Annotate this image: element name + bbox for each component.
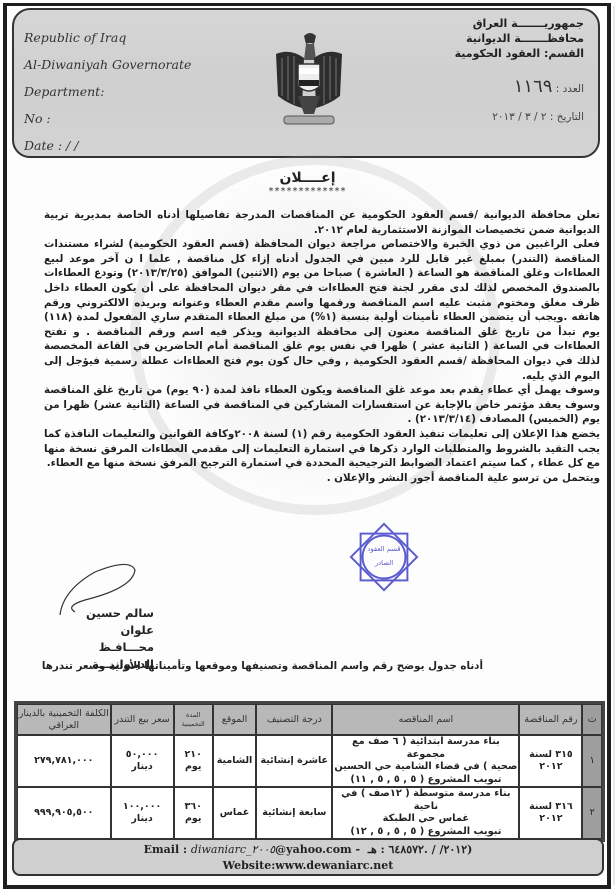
duration-unit: يوم — [175, 813, 212, 825]
signatory-name: سالم حسين علوان — [62, 605, 154, 639]
cell-index: ٢ — [582, 787, 602, 839]
header-tender-price: سعر بيع التندر — [111, 704, 174, 735]
tender-price-value: ٥٠,٠٠٠ — [112, 749, 173, 761]
paragraph-regulations: يخضع هذا الإعلان إلى تعليمات تنفيذ العقو… — [44, 427, 600, 471]
paragraph-intro: تعلن محافظة الديوانية /قسم العقود الحكوم… — [44, 208, 600, 237]
governorate-en: Al-Diwaniyah Governorate — [24, 51, 191, 78]
announcement-title: إعــــلان — [0, 170, 615, 186]
letterhead: Republic of Iraq Al-Diwaniyah Governorat… — [12, 8, 600, 158]
cell-location: الشامية — [213, 735, 256, 787]
cell-estimated-cost: ٩٩٩,٩٠٥,٥٠٠ — [17, 787, 111, 839]
paragraph-fees: ويتحمل من ترسو علية المناقصة أجور النشر … — [44, 471, 600, 486]
duration-value: ٢١٠ — [175, 749, 212, 761]
cell-duration: ٣٦٠ يوم — [174, 787, 213, 839]
phone-number: (٢٠١٢/ / .٦٤٨٥٧٢ : هـ — [368, 843, 473, 856]
cell-tender-number: ٣١٦ لسنة ٢٠١٢ — [519, 787, 582, 839]
iraq-eagle-emblem-icon — [270, 30, 348, 130]
table-row: ١ ٣١٥ لسنة ٢٠١٢ بناء مدرسة ابتدائية ( ٦ … — [17, 735, 602, 787]
document-date-label: التاريخ : — [550, 111, 584, 123]
title-divider-stars: ************* — [0, 186, 615, 197]
document-date-value: ٢ / ٣ / ٢٠١٣ — [492, 111, 546, 123]
cell-classification: عاشرة إنشائية — [256, 735, 332, 787]
number-label-en: No : — [24, 105, 191, 132]
country-en: Republic of Iraq — [24, 24, 191, 51]
header-location: الموقع — [213, 704, 256, 735]
cell-location: غماس — [213, 787, 256, 839]
document-date: التاريخ : ٢ / ٣ / ٢٠١٣ — [455, 103, 584, 131]
department-label-en: Department: — [24, 78, 191, 105]
svg-text:الصادر: الصادر — [374, 559, 393, 567]
cell-tender-price: ١٠٠,٠٠٠ دينار — [111, 787, 174, 839]
duration-unit: يوم — [175, 761, 212, 773]
tender-price-value: ١٠٠,٠٠٠ — [112, 801, 173, 813]
cell-tender-number: ٣١٥ لسنة ٢٠١٢ — [519, 735, 582, 787]
reference-number: العدد : ١١٦٩ — [455, 73, 584, 103]
cell-tender-name: بناء مدرسة ابتدائية ( ٦ صف مع مجموعة صحي… — [332, 735, 519, 787]
header-index: ت — [582, 704, 602, 735]
date-label-en: Date : / / — [24, 132, 191, 159]
table-caption: أدناه جدول يوضح رقم واسم المناقصة وتصنيف… — [42, 660, 483, 672]
governorate-ar: محافظـــــــة الديوانية — [455, 31, 584, 46]
duration-value: ٣٦٠ — [175, 801, 212, 813]
header-duration: المدة التخمينية — [174, 704, 213, 735]
tender-code-line: تبويب المشروع ( ٥ , ٥ , ٥ , ١٢) — [333, 826, 518, 839]
cell-index: ١ — [582, 735, 602, 787]
tender-price-unit: دينار — [112, 813, 173, 825]
cell-tender-price: ٥٠,٠٠٠ دينار — [111, 735, 174, 787]
svg-text:قسم العقود: قسم العقود — [367, 545, 400, 553]
official-stamp-icon: قسم العقود الصادر — [345, 518, 423, 596]
announcement-body: تعلن محافظة الديوانية /قسم العقود الحكوم… — [44, 208, 600, 485]
email-user: diwaniarc_٢٠٠٥ — [191, 843, 275, 856]
header-classification: درجة التصنيف — [256, 704, 332, 735]
reference-number-value: ١١٦٩ — [514, 76, 553, 97]
email-domain: @yahoo.com - — [275, 843, 360, 856]
letterhead-arabic: جمهوريـــــــة العراق محافظـــــــة الدي… — [455, 16, 584, 131]
tender-price-unit: دينار — [112, 761, 173, 773]
header-estimated-cost: الكلفة التخمينية بالدينار العراقي — [17, 704, 111, 735]
tender-code-line: تبويب المشروع ( ٥ , ٥ , ٥ , ١١) — [333, 774, 518, 787]
tender-name-line: صحية ) في قضاء الشامية حي الحسين — [333, 761, 518, 774]
cell-tender-name: بناء مدرسة متوسطة ( ١٢صف ) في ناحية غماس… — [332, 787, 519, 839]
tender-name-line: بناء مدرسة متوسطة ( ١٢صف ) في ناحية — [333, 788, 518, 813]
contact-footer: Email : diwaniarc_٢٠٠٥@yahoo.com - (٢٠١٢… — [12, 838, 604, 876]
cell-estimated-cost: ٢٧٩,٧٨١,٠٠٠ — [17, 735, 111, 787]
reference-number-label: العدد : — [556, 83, 584, 95]
paragraph-validity: وسوف يهمل أي عطاء يقدم بعد موعد غلق المن… — [44, 383, 600, 427]
letterhead-english: Republic of Iraq Al-Diwaniyah Governorat… — [24, 24, 191, 159]
tender-name-line: بناء مدرسة ابتدائية ( ٦ صف مع مجموعة — [333, 736, 518, 761]
header-tender-number: رقم المناقصة — [519, 704, 582, 735]
department-ar: القسم: العقود الحكومية — [455, 46, 584, 61]
cell-classification: سابعة إنشائية — [256, 787, 332, 839]
website: Website:www.dewaniarc.net — [14, 858, 602, 874]
contact-line: Email : diwaniarc_٢٠٠٥@yahoo.com - (٢٠١٢… — [14, 842, 602, 858]
country-ar: جمهوريـــــــة العراق — [455, 16, 584, 31]
cell-duration: ٢١٠ يوم — [174, 735, 213, 787]
paragraph-submission: فعلى الراغبين من ذوي الخبرة والاختصاص مر… — [44, 237, 600, 383]
header-tender-name: اسم المناقصه — [332, 704, 519, 735]
tenders-table: ت رقم المناقصة اسم المناقصه درجة التصنيف… — [14, 701, 605, 842]
table-header-row: ت رقم المناقصة اسم المناقصه درجة التصنيف… — [17, 704, 602, 735]
tender-name-line: غماس حي الطبكة — [333, 813, 518, 826]
table-row: ٢ ٣١٦ لسنة ٢٠١٢ بناء مدرسة متوسطة ( ١٢صف… — [17, 787, 602, 839]
email-label: Email : — [144, 843, 187, 856]
